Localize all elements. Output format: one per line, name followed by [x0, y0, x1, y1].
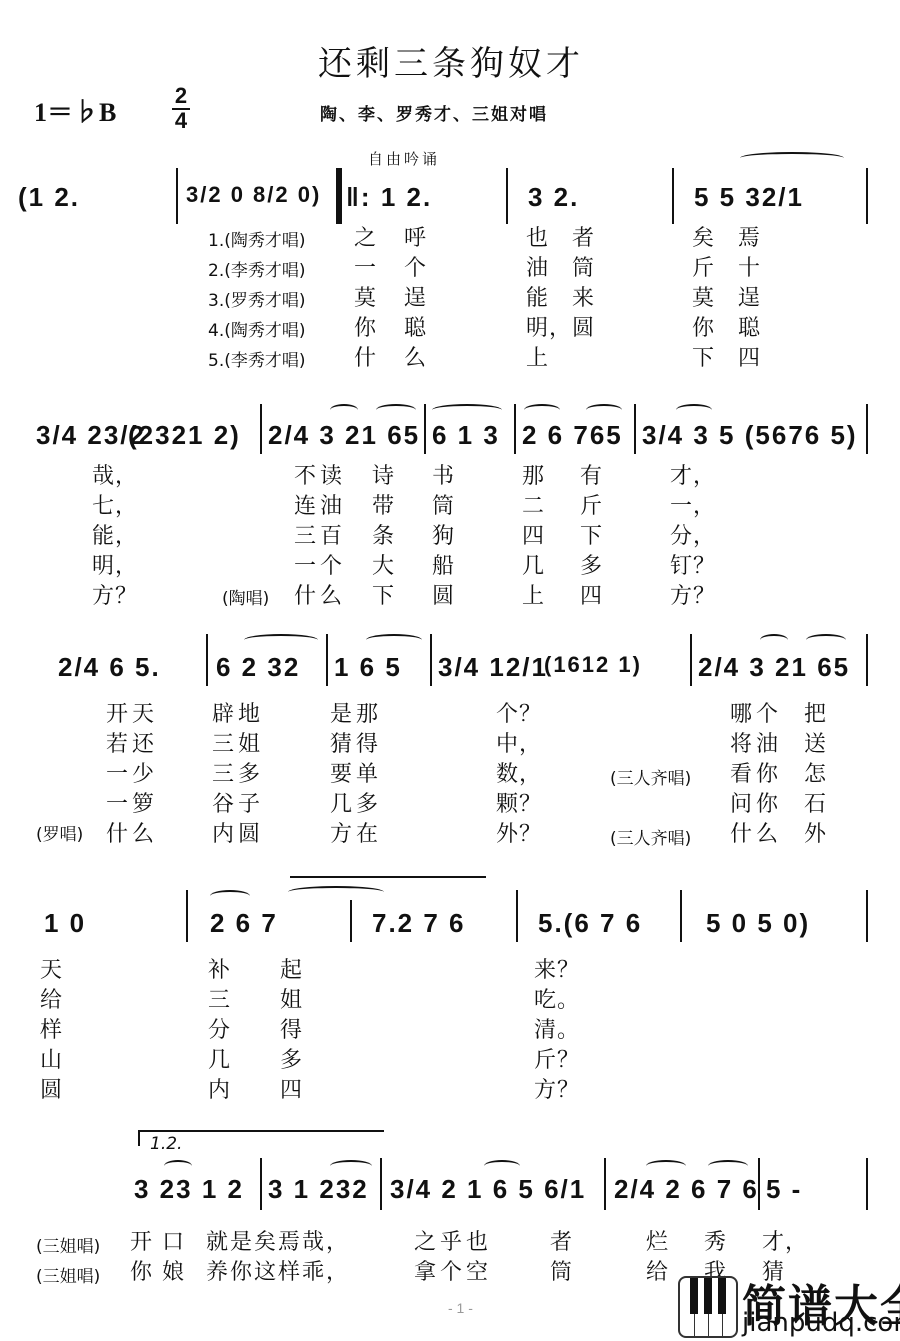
- lyric: 什么: [106, 820, 158, 850]
- lyric: 逞: [404, 284, 427, 314]
- lyric: 清。: [534, 1016, 580, 1046]
- lyric: 那: [522, 462, 545, 492]
- lyric: 筒: [550, 1258, 573, 1288]
- lyric: 船: [432, 552, 455, 582]
- lyric: 书: [432, 462, 455, 492]
- lyric: 不读: [294, 462, 346, 492]
- lyric: 七，: [92, 492, 138, 522]
- lyric: 才，: [762, 1228, 808, 1258]
- lyric: 三姐: [212, 730, 264, 760]
- lyrics-col: 矣 斤 莫 你 下: [692, 224, 715, 374]
- lyric: 上: [522, 582, 545, 612]
- lyrics-col: 那 二 四 几 上: [522, 462, 545, 612]
- lyric: 给: [646, 1258, 669, 1288]
- lyric: 圆: [572, 314, 595, 344]
- singer-label: (三姐唱): [36, 1232, 100, 1257]
- lyric: 二: [522, 492, 545, 522]
- lyric: 天: [40, 956, 63, 986]
- notes-segment: 6 2 32: [216, 652, 300, 683]
- tempo-marking: 自由吟诵: [368, 148, 440, 169]
- lyric: 大: [372, 552, 395, 582]
- lyric: 才，: [670, 462, 716, 492]
- lyric: 焉: [738, 224, 761, 254]
- lyric: 中，: [496, 730, 542, 760]
- lyric: 来: [572, 284, 595, 314]
- lyric: 之: [354, 224, 377, 254]
- lyric: 斤？: [534, 1046, 580, 1076]
- singer-label: (三姐唱): [36, 1262, 100, 1287]
- lyric: 你娘: [130, 1258, 194, 1288]
- lyric: 明，: [92, 552, 138, 582]
- notes-segment: 5 -: [766, 1174, 802, 1205]
- lyric: 辟地: [212, 700, 264, 730]
- lyric: 也: [526, 224, 572, 254]
- notes-segment: 5.(6 7 6: [538, 908, 642, 939]
- lyric: 一，: [670, 492, 716, 522]
- lyric: 姐: [280, 986, 303, 1016]
- lyric: 狗: [432, 522, 455, 552]
- lyric: 来？: [534, 956, 580, 986]
- lyric: 分，: [670, 522, 716, 552]
- notes-segment: 3/2 0 8/2 0): [186, 182, 321, 208]
- lyric: 个？: [496, 700, 542, 730]
- lyric: 得: [280, 1016, 303, 1046]
- notes-segment: (2321 2): [128, 420, 241, 451]
- verse-label: 5.(李秀才唱): [208, 346, 305, 376]
- lyric: 多: [280, 1046, 303, 1076]
- lyric: 者: [572, 224, 595, 254]
- lyrics-col: 之乎也 拿个空: [414, 1228, 492, 1288]
- lyrics-col: 个？ 中， 数， 颗？ 外？: [496, 700, 542, 850]
- lyric: 四: [738, 344, 761, 374]
- lyrics-col: 不读 连油 三百 一个 什么: [294, 462, 346, 612]
- notes-segment: 2/4 2 6 7 6: [614, 1174, 759, 1205]
- lyric: 数，: [496, 760, 542, 790]
- lyric: 分: [208, 1016, 231, 1046]
- lyric: 补: [208, 956, 231, 986]
- lyric: 几: [522, 552, 545, 582]
- lyrics-col: 哉， 七， 能， 明， 方？: [92, 462, 138, 612]
- lyric: 你: [692, 314, 715, 344]
- lyric: 开天: [106, 700, 158, 730]
- notes-segment: 1 6 5: [334, 652, 402, 683]
- lyric: 四: [580, 582, 603, 612]
- lyric: 把: [804, 700, 827, 730]
- lyrics-col: 有 斤 下 多 四: [580, 462, 603, 612]
- lyric: 方？: [92, 582, 138, 612]
- lyric: 条: [372, 522, 395, 552]
- lyric: 外: [804, 820, 827, 850]
- lyric: 内圆: [212, 820, 264, 850]
- lyrics-col: 者 筒: [550, 1228, 573, 1288]
- notes-segment: 3 1 232: [268, 1174, 369, 1205]
- lyric: 带: [372, 492, 395, 522]
- lyric: 将油: [730, 730, 782, 760]
- lyrics-col: 补 三 分 几 内: [208, 956, 231, 1106]
- lyric: 猜得: [330, 730, 382, 760]
- lyric: 外？: [496, 820, 542, 850]
- lyric: 下: [692, 344, 715, 374]
- lyric: 养你这样乖，: [206, 1258, 350, 1288]
- volta-label: 1.2.: [150, 1134, 182, 1154]
- lyric: 一个: [294, 552, 346, 582]
- lyric: 之乎也: [414, 1228, 492, 1258]
- lyric: 看你: [730, 760, 782, 790]
- lyric: 给: [40, 986, 63, 1016]
- lyric: 诗: [372, 462, 395, 492]
- lyrics-col: 把 送 怎 石 外: [804, 700, 827, 850]
- lyrics-col: 天 给 样 山 圆: [40, 956, 63, 1106]
- notes-segment: 2/4 6 5.: [58, 652, 161, 683]
- lyric: 吃。: [534, 986, 580, 1016]
- piano-logo-icon: [678, 1276, 738, 1338]
- lyric: 能: [526, 284, 572, 314]
- lyric: 内: [208, 1076, 231, 1106]
- lyrics-col: 书 筒 狗 船 圆: [432, 462, 455, 612]
- lyric: 十: [738, 254, 761, 284]
- lyric: 斤: [692, 254, 715, 284]
- lyric: 什么: [730, 820, 782, 850]
- lyric: 聪: [738, 314, 761, 344]
- lyric: 圆: [40, 1076, 63, 1106]
- lyric: 一箩: [106, 790, 158, 820]
- lyric: 谷子: [212, 790, 264, 820]
- notes-segment: 3/4 2 1 6 5 6/1: [390, 1174, 586, 1205]
- lyric: 方？: [534, 1076, 580, 1106]
- lyric: 怎: [804, 760, 827, 790]
- lyric: 莫: [692, 284, 715, 314]
- lyric: 呼: [404, 224, 427, 254]
- lyric: 什: [354, 344, 377, 374]
- notes-segment: (1612 1): [544, 652, 642, 678]
- lyric: 一少: [106, 760, 158, 790]
- lyric: 三多: [212, 760, 264, 790]
- lyric: 明，: [526, 314, 572, 344]
- lyric: 就是矣焉哉，: [206, 1228, 350, 1258]
- lyric: 什么: [294, 582, 346, 612]
- lyric: 开口: [130, 1228, 194, 1258]
- notes-segment: 2 6 765: [522, 420, 623, 451]
- lyrics-col: 是那 猜得 要单 几多 方在: [330, 700, 382, 850]
- performers-note: 陶、李、罗秀才、三姐对唱: [320, 100, 548, 125]
- lyrics-col: 之 一 莫 你 什: [354, 224, 377, 374]
- lyric: 上: [526, 344, 572, 374]
- lyric: 莫: [354, 284, 377, 314]
- notes-segment: 2/4 3 21 65: [698, 652, 850, 683]
- key-signature: 1＝♭B: [34, 92, 116, 129]
- singer-label: (三人齐唱): [610, 824, 691, 849]
- lyrics-col: 焉 十 逞 聪 四: [738, 224, 761, 374]
- lyric: 方在: [330, 820, 382, 850]
- watermark-url: jianpudq.com: [742, 1308, 900, 1338]
- lyrics-col: 烂 给: [646, 1228, 669, 1288]
- lyric: 一: [354, 254, 377, 284]
- lyrics-col: 哪个 将油 看你 问你 什么: [730, 700, 782, 850]
- lyric: 者: [550, 1228, 573, 1258]
- notes-segment: (1 2.: [18, 182, 80, 213]
- singer-label: (陶唱): [222, 584, 269, 609]
- lyric: 颗？: [496, 790, 542, 820]
- lyric: 四: [280, 1076, 303, 1106]
- time-sig-top: 2: [175, 86, 187, 107]
- lyric: 筒: [432, 492, 455, 522]
- song-title: 还剩三条狗奴才: [318, 36, 584, 85]
- lyric: 方？: [670, 582, 716, 612]
- notes-segment: 6 1 3: [432, 420, 500, 451]
- lyric: 圆: [432, 582, 455, 612]
- lyric: 斤: [580, 492, 603, 522]
- lyric: 秀: [704, 1228, 727, 1258]
- lyric: 样: [40, 1016, 63, 1046]
- lyric: 起: [280, 956, 303, 986]
- lyric: 若还: [106, 730, 158, 760]
- notes-segment: 5 0 5 0): [706, 908, 810, 939]
- lyrics-col: 者 筒 来 圆: [572, 224, 595, 344]
- singer-label: (罗唱): [36, 820, 83, 845]
- lyric: 么: [404, 344, 427, 374]
- lyric: 聪: [404, 314, 427, 344]
- lyric: 下: [580, 522, 603, 552]
- page-number: - 1 -: [448, 1300, 473, 1316]
- lyric: 哉，: [92, 462, 138, 492]
- lyrics-col: 也 油 能 明， 上: [526, 224, 572, 374]
- lyrics-col: 开天 若还 一少 一箩 什么: [106, 700, 158, 850]
- lyric: 能，: [92, 522, 138, 552]
- lyric: 下: [372, 582, 395, 612]
- notes-segment: 1 0: [44, 908, 86, 939]
- lyric: 筒: [572, 254, 595, 284]
- lyric: 山: [40, 1046, 63, 1076]
- notes-segment: 7.2 7 6: [372, 908, 466, 939]
- verse-labels: 1.(陶秀才唱) 2.(李秀才唱) 3.(罗秀才唱) 4.(陶秀才唱) 5.(李…: [208, 226, 305, 376]
- notes-segment: ‖: 1 2.: [346, 182, 432, 213]
- lyric: 石: [804, 790, 827, 820]
- time-signature: 24: [172, 86, 190, 132]
- lyric: 几: [208, 1046, 231, 1076]
- lyric: 四: [522, 522, 545, 552]
- notes-segment: 3/4 3 5 (5676 5): [642, 420, 858, 451]
- notes-segment: 2 6 7: [210, 908, 278, 939]
- lyrics-col: 开口 你娘: [130, 1228, 194, 1288]
- lyric: 逞: [738, 284, 761, 314]
- lyric: 哪个: [730, 700, 782, 730]
- lyrics-col: 才， 一， 分， 钉？ 方？: [670, 462, 716, 612]
- verse-label: 3.(罗秀才唱): [208, 286, 305, 316]
- lyrics-col: 诗 带 条 大 下: [372, 462, 395, 612]
- lyric: 烂: [646, 1228, 669, 1258]
- notes-segment: 3 23 1 2: [134, 1174, 244, 1205]
- lyric: 油: [526, 254, 572, 284]
- verse-label: 1.(陶秀才唱): [208, 226, 305, 256]
- lyric: 有: [580, 462, 603, 492]
- lyric: 三: [208, 986, 231, 1016]
- lyric: 拿个空: [414, 1258, 492, 1288]
- notes-segment: 2/4 3 21 65: [268, 420, 420, 451]
- lyric: 几多: [330, 790, 382, 820]
- time-sig-bottom: 4: [175, 111, 187, 132]
- verse-label: 4.(陶秀才唱): [208, 316, 305, 346]
- lyrics-col: 起 姐 得 多 四: [280, 956, 303, 1106]
- lyric: 是那: [330, 700, 382, 730]
- notes-segment: 3 2.: [528, 182, 579, 213]
- lyrics-col: 呼 个 逞 聪 么: [404, 224, 427, 374]
- lyrics-col: 就是矣焉哉， 养你这样乖，: [206, 1228, 350, 1288]
- lyric: 要单: [330, 760, 382, 790]
- lyric: 个: [404, 254, 427, 284]
- verse-label: 2.(李秀才唱): [208, 256, 305, 286]
- lyric: 问你: [730, 790, 782, 820]
- lyric: 多: [580, 552, 603, 582]
- lyric: 三百: [294, 522, 346, 552]
- notes-segment: 3/4 12/1: [438, 652, 548, 683]
- singer-label: (三人齐唱): [610, 764, 691, 789]
- lyrics-col: 辟地 三姐 三多 谷子 内圆: [212, 700, 264, 850]
- lyrics-col: 来？ 吃。 清。 斤？ 方？: [534, 956, 580, 1106]
- lyric: 钉？: [670, 552, 716, 582]
- lyric: 你: [354, 314, 377, 344]
- lyric: 矣: [692, 224, 715, 254]
- lyric: 送: [804, 730, 827, 760]
- notes-segment: 5 5 32/1: [694, 182, 804, 213]
- lyric: 连油: [294, 492, 346, 522]
